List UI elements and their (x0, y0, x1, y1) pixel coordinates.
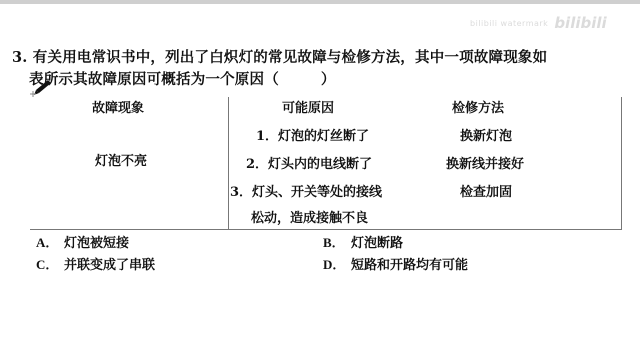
header-cause: 可能原因 (282, 97, 334, 116)
question-number: 3. (12, 49, 28, 66)
header-symptom: 故障现象 (92, 97, 144, 116)
fault-table: 故障现象 可能原因 检修方法 灯泡不亮 1．灯泡的灯丝断了 换新灯泡 2．灯头内… (30, 97, 622, 230)
cause-3: 3．灯头、开关等处的接线 (230, 181, 382, 200)
fix-1: 换新灯泡 (460, 125, 512, 144)
bilibili-logo-icon: bilibili (554, 14, 606, 32)
cause-1: 1．灯泡的灯丝断了 (256, 125, 369, 144)
watermark-text: bilibili watermark (470, 19, 548, 28)
option-d[interactable]: D．短路和开路均有可能 (323, 254, 468, 273)
watermark: bilibili watermark bilibili (470, 15, 607, 31)
question-stem-2: 表所示其故障原因可概括为一个原因（ (29, 71, 279, 88)
cause-2: 2．灯头内的电线断了 (246, 153, 372, 172)
option-a[interactable]: A．灯泡被短接 (36, 232, 129, 251)
fix-2: 换新线并接好 (446, 153, 524, 172)
option-c[interactable]: C．并联变成了串联 (36, 254, 155, 273)
cause-3-cont: 松动，造成接触不良 (251, 207, 368, 226)
question-line-2: 表所示其故障原因可概括为一个原因（） (12, 69, 632, 91)
symptom-cell: 灯泡不亮 (95, 150, 147, 169)
fix-3: 检查加固 (460, 181, 512, 200)
question-line-1: 3. 有关用电常识书中，列出了白炽灯的常见故障与检修方法，其中一项故障现象如 (12, 47, 632, 69)
header-fix: 检修方法 (452, 97, 504, 116)
top-bar (0, 0, 640, 4)
pen-cursor-icon (28, 78, 52, 98)
column-divider (228, 97, 229, 229)
close-paren: ） (321, 71, 336, 88)
question-stem-1: 有关用电常识书中，列出了白炽灯的常见故障与检修方法，其中一项故障现象如 (33, 49, 548, 66)
question-text: 3. 有关用电常识书中，列出了白炽灯的常见故障与检修方法，其中一项故障现象如 表… (12, 47, 632, 91)
option-b[interactable]: B．灯泡断路 (323, 232, 403, 251)
